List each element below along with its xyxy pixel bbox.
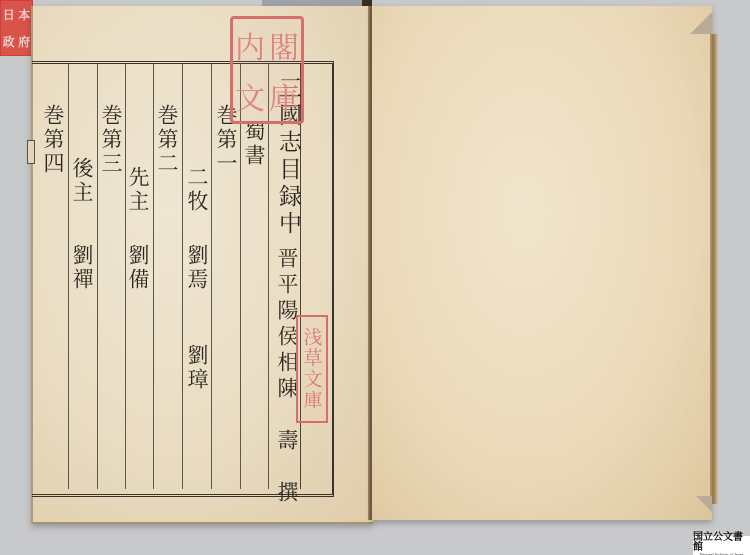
column-rule: [211, 64, 212, 489]
seal-char: 文: [233, 74, 267, 118]
column-rule: [68, 64, 69, 489]
column-rule: [182, 64, 183, 489]
volume-subject: 二牧: [186, 166, 207, 214]
seal-char: 本: [17, 1, 33, 28]
library-seal-top: 内 閣 文 庫: [230, 16, 304, 124]
asakusa-bunko-seal: 浅草文庫: [296, 315, 328, 423]
seal-char: 府: [17, 28, 33, 55]
section-heading: 蜀書: [243, 120, 264, 168]
volume-name: 劉璋: [186, 344, 207, 392]
watermark-japanese: 国立公文書館: [693, 533, 750, 553]
column-rule: [268, 64, 269, 489]
column-rule: [153, 64, 154, 489]
archive-watermark: 国立公文書館 National Archives of Japan: [693, 536, 750, 555]
column-rule: [240, 64, 241, 489]
volume-label: 巻第二: [156, 104, 177, 176]
seal-char: 庫: [267, 74, 301, 118]
volume-name: 劉禪: [71, 244, 92, 292]
seal-char: 政: [1, 28, 17, 55]
volume-subject: 先主: [127, 166, 148, 214]
corner-fold-bottom: [696, 496, 712, 512]
volume-subject: 後主: [71, 157, 92, 205]
right-page: [372, 6, 712, 520]
small-red-seal: 日 本 政 府: [0, 0, 33, 56]
corner-fold-top: [690, 12, 712, 34]
open-book: 三國志目録中 晋平陽侯相陳 壽 撰 蜀書 巻第一 二牧 劉焉 劉璋 巻第二 先主…: [0, 0, 750, 555]
frame-marker: [27, 140, 35, 164]
author-line: 晋平陽侯相陳 壽 撰: [276, 247, 297, 507]
page-edge: [710, 34, 718, 504]
volume-name: 劉備: [127, 244, 148, 292]
column-rule: [97, 64, 98, 489]
volume-name: 劉焉: [186, 244, 207, 292]
seal-char: 閣: [267, 23, 301, 67]
volume-label: 巻第四: [42, 104, 63, 176]
volume-label: 巻第三: [100, 104, 121, 176]
seal-char: 内: [233, 23, 267, 67]
seal-char: 日: [1, 1, 17, 28]
